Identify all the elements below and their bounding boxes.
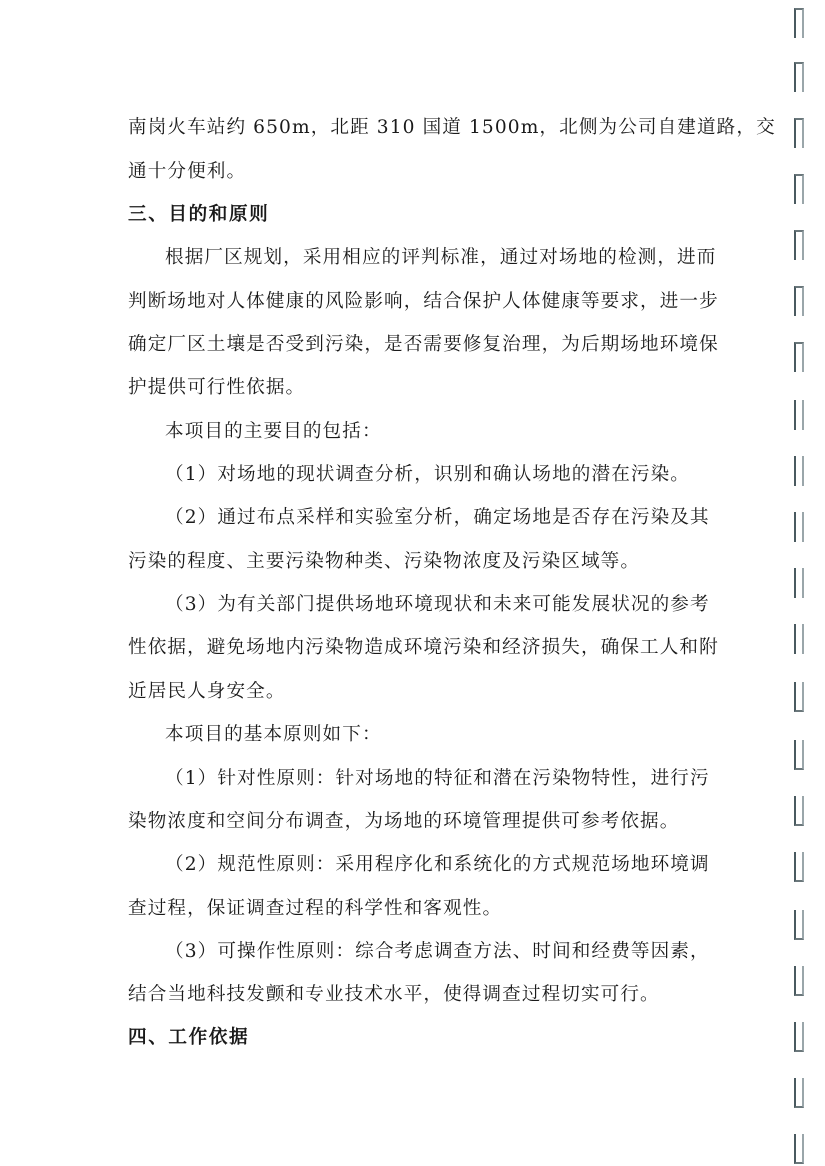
binding-hole-icon: [794, 456, 804, 486]
text-line: （3）可操作性原则：综合考虑调查方法、时间和经费等因素，: [165, 940, 713, 964]
text-line: 近居民人身安全。: [128, 680, 713, 704]
binding-hole-icon: [794, 342, 804, 372]
binding-hole-icon: [794, 796, 804, 826]
binding-hole-icon: [794, 1022, 804, 1052]
text-line: （1）针对性原则：针对场地的特征和潜在污染物特性，进行污: [165, 767, 713, 791]
text-line: （3）为有关部门提供场地环境现状和未来可能发展状况的参考: [165, 593, 713, 617]
binding-hole-icon: [794, 1134, 804, 1164]
text-line: 性依据，避免场地内污染物造成环境污染和经济损失，确保工人和附: [128, 636, 713, 660]
binding-hole-icon: [794, 118, 804, 148]
binding-hole-icon: [794, 286, 804, 316]
binding-hole-icon: [794, 910, 804, 940]
text-line: 本项目的主要目的包括：: [165, 420, 713, 444]
text-line: 查过程，保证调查过程的科学性和客观性。: [128, 897, 713, 921]
binding-hole-icon: [794, 512, 804, 542]
text-line: 通十分便利。: [128, 160, 713, 184]
text-line: （2）通过布点采样和实验室分析，确定场地是否存在污染及其: [165, 506, 713, 530]
binding-hole-icon: [794, 682, 804, 712]
binding-hole-icon: [794, 966, 804, 996]
text-line: 染物浓度和空间分布调查，为场地的环境管理提供可参考依据。: [128, 810, 713, 834]
text-line: （1）对场地的现状调查分析，识别和确认场地的潜在污染。: [165, 463, 713, 487]
document-page: 南岗火车站约 650m，北距 310 国道 1500m，北侧为公司自建道路，交通…: [0, 0, 825, 1166]
binding-hole-icon: [794, 400, 804, 430]
binding-hole-icon: [794, 624, 804, 654]
binding-hole-icon: [794, 852, 804, 882]
binding-hole-icon: [794, 740, 804, 770]
section-heading: 四、工作依据: [128, 1026, 713, 1050]
binding-hole-icon: [794, 230, 804, 260]
binding-hole-icon: [794, 174, 804, 204]
binding-hole-icon: [794, 8, 804, 38]
text-line: 结合当地科技发颤和专业技术水平，使得调查过程切实可行。: [128, 983, 713, 1007]
text-line: 判断场地对人体健康的风险影响，结合保护人体健康等要求，进一步: [128, 290, 713, 314]
text-line: 污染的程度、主要污染物种类、污染物浓度及污染区域等。: [128, 550, 713, 574]
text-line: 护提供可行性依据。: [128, 376, 713, 400]
text-line: 确定厂区土壤是否受到污染，是否需要修复治理，为后期场地环境保: [128, 333, 713, 357]
binding-hole-icon: [794, 568, 804, 598]
text-line: 根据厂区规划，采用相应的评判标准，通过对场地的检测，进而: [165, 246, 713, 270]
section-heading: 三、目的和原则: [128, 203, 713, 227]
text-line: （2）规范性原则：采用程序化和系统化的方式规范场地环境调: [165, 853, 713, 877]
text-line: 本项目的基本原则如下：: [165, 723, 713, 747]
binding-hole-icon: [794, 1078, 804, 1108]
binding-hole-icon: [794, 62, 804, 92]
text-line: 南岗火车站约 650m，北距 310 国道 1500m，北侧为公司自建道路，交: [128, 116, 713, 140]
